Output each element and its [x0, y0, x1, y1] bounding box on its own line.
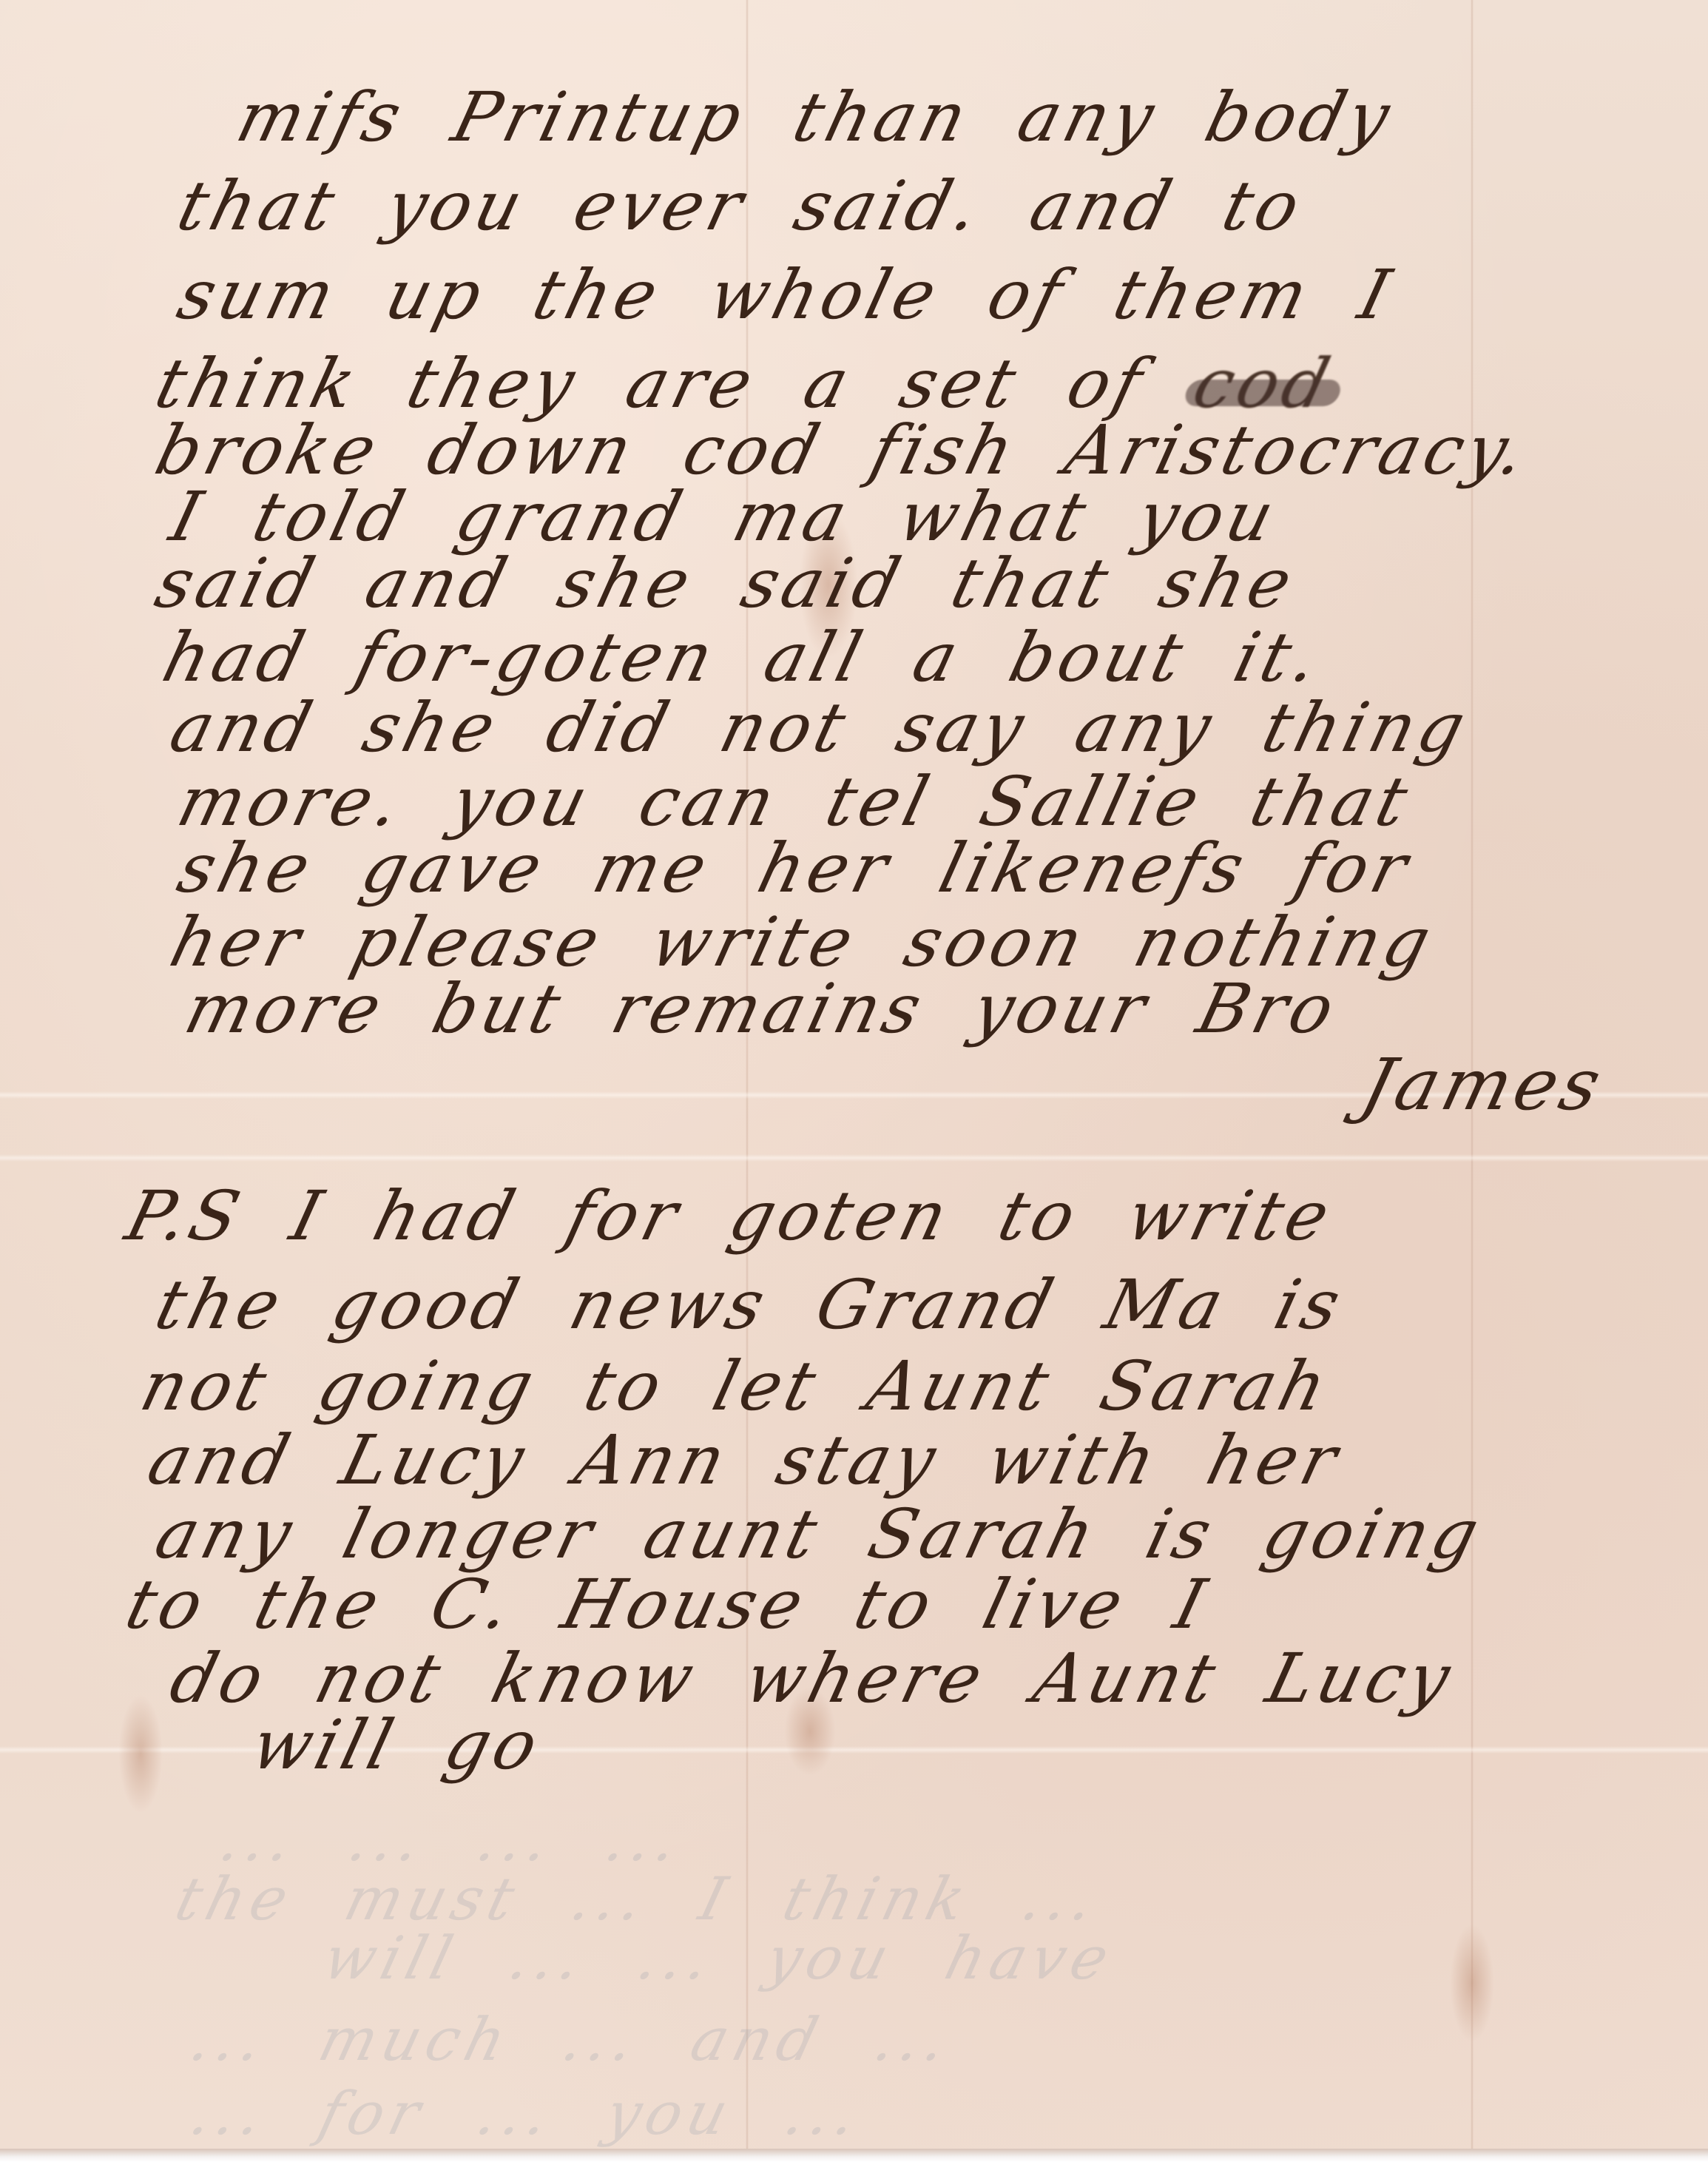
letter-line: and she did not say any thing — [163, 688, 1477, 767]
bleed-through-line: will ... ... you have — [317, 1924, 1121, 1993]
horizontal-fold-crease-lower — [0, 1154, 1708, 1162]
bleed-through-line: ... for ... you ... — [183, 2079, 869, 2148]
ink-stain — [118, 1694, 163, 1813]
letter-line: more but remains your Bro — [178, 969, 1346, 1048]
postscript-line: and Lucy Ann stay with her — [141, 1421, 1349, 1500]
postscript-line: P.S I had for goten to write — [118, 1176, 1341, 1256]
letter-line: mifs Printup than any body — [229, 78, 1402, 157]
letter-line: sum up the whole of them I — [170, 255, 1402, 334]
postscript-line: will go — [244, 1705, 550, 1785]
ink-stain — [1450, 1924, 1494, 2042]
bleed-through-line: ... much ... and ... — [183, 2005, 959, 2074]
letter-line: had for-goten all a bout it. — [155, 618, 1330, 697]
letter-line: that you ever said. and to — [170, 166, 1312, 246]
postscript-line: to the C. House to live I — [118, 1565, 1218, 1644]
paper-bottom-edge — [0, 2149, 1708, 2162]
signature: James — [1354, 1043, 1613, 1126]
postscript-line: not going to let Aunt Sarah — [133, 1347, 1338, 1426]
letter-line: said and she said that she — [148, 544, 1304, 623]
postscript-line: any longer aunt Sarah is going — [148, 1495, 1491, 1574]
postscript-line: the good news Grand Ma is — [148, 1265, 1352, 1344]
letter-line: she gave me her likenefs for — [170, 829, 1420, 908]
